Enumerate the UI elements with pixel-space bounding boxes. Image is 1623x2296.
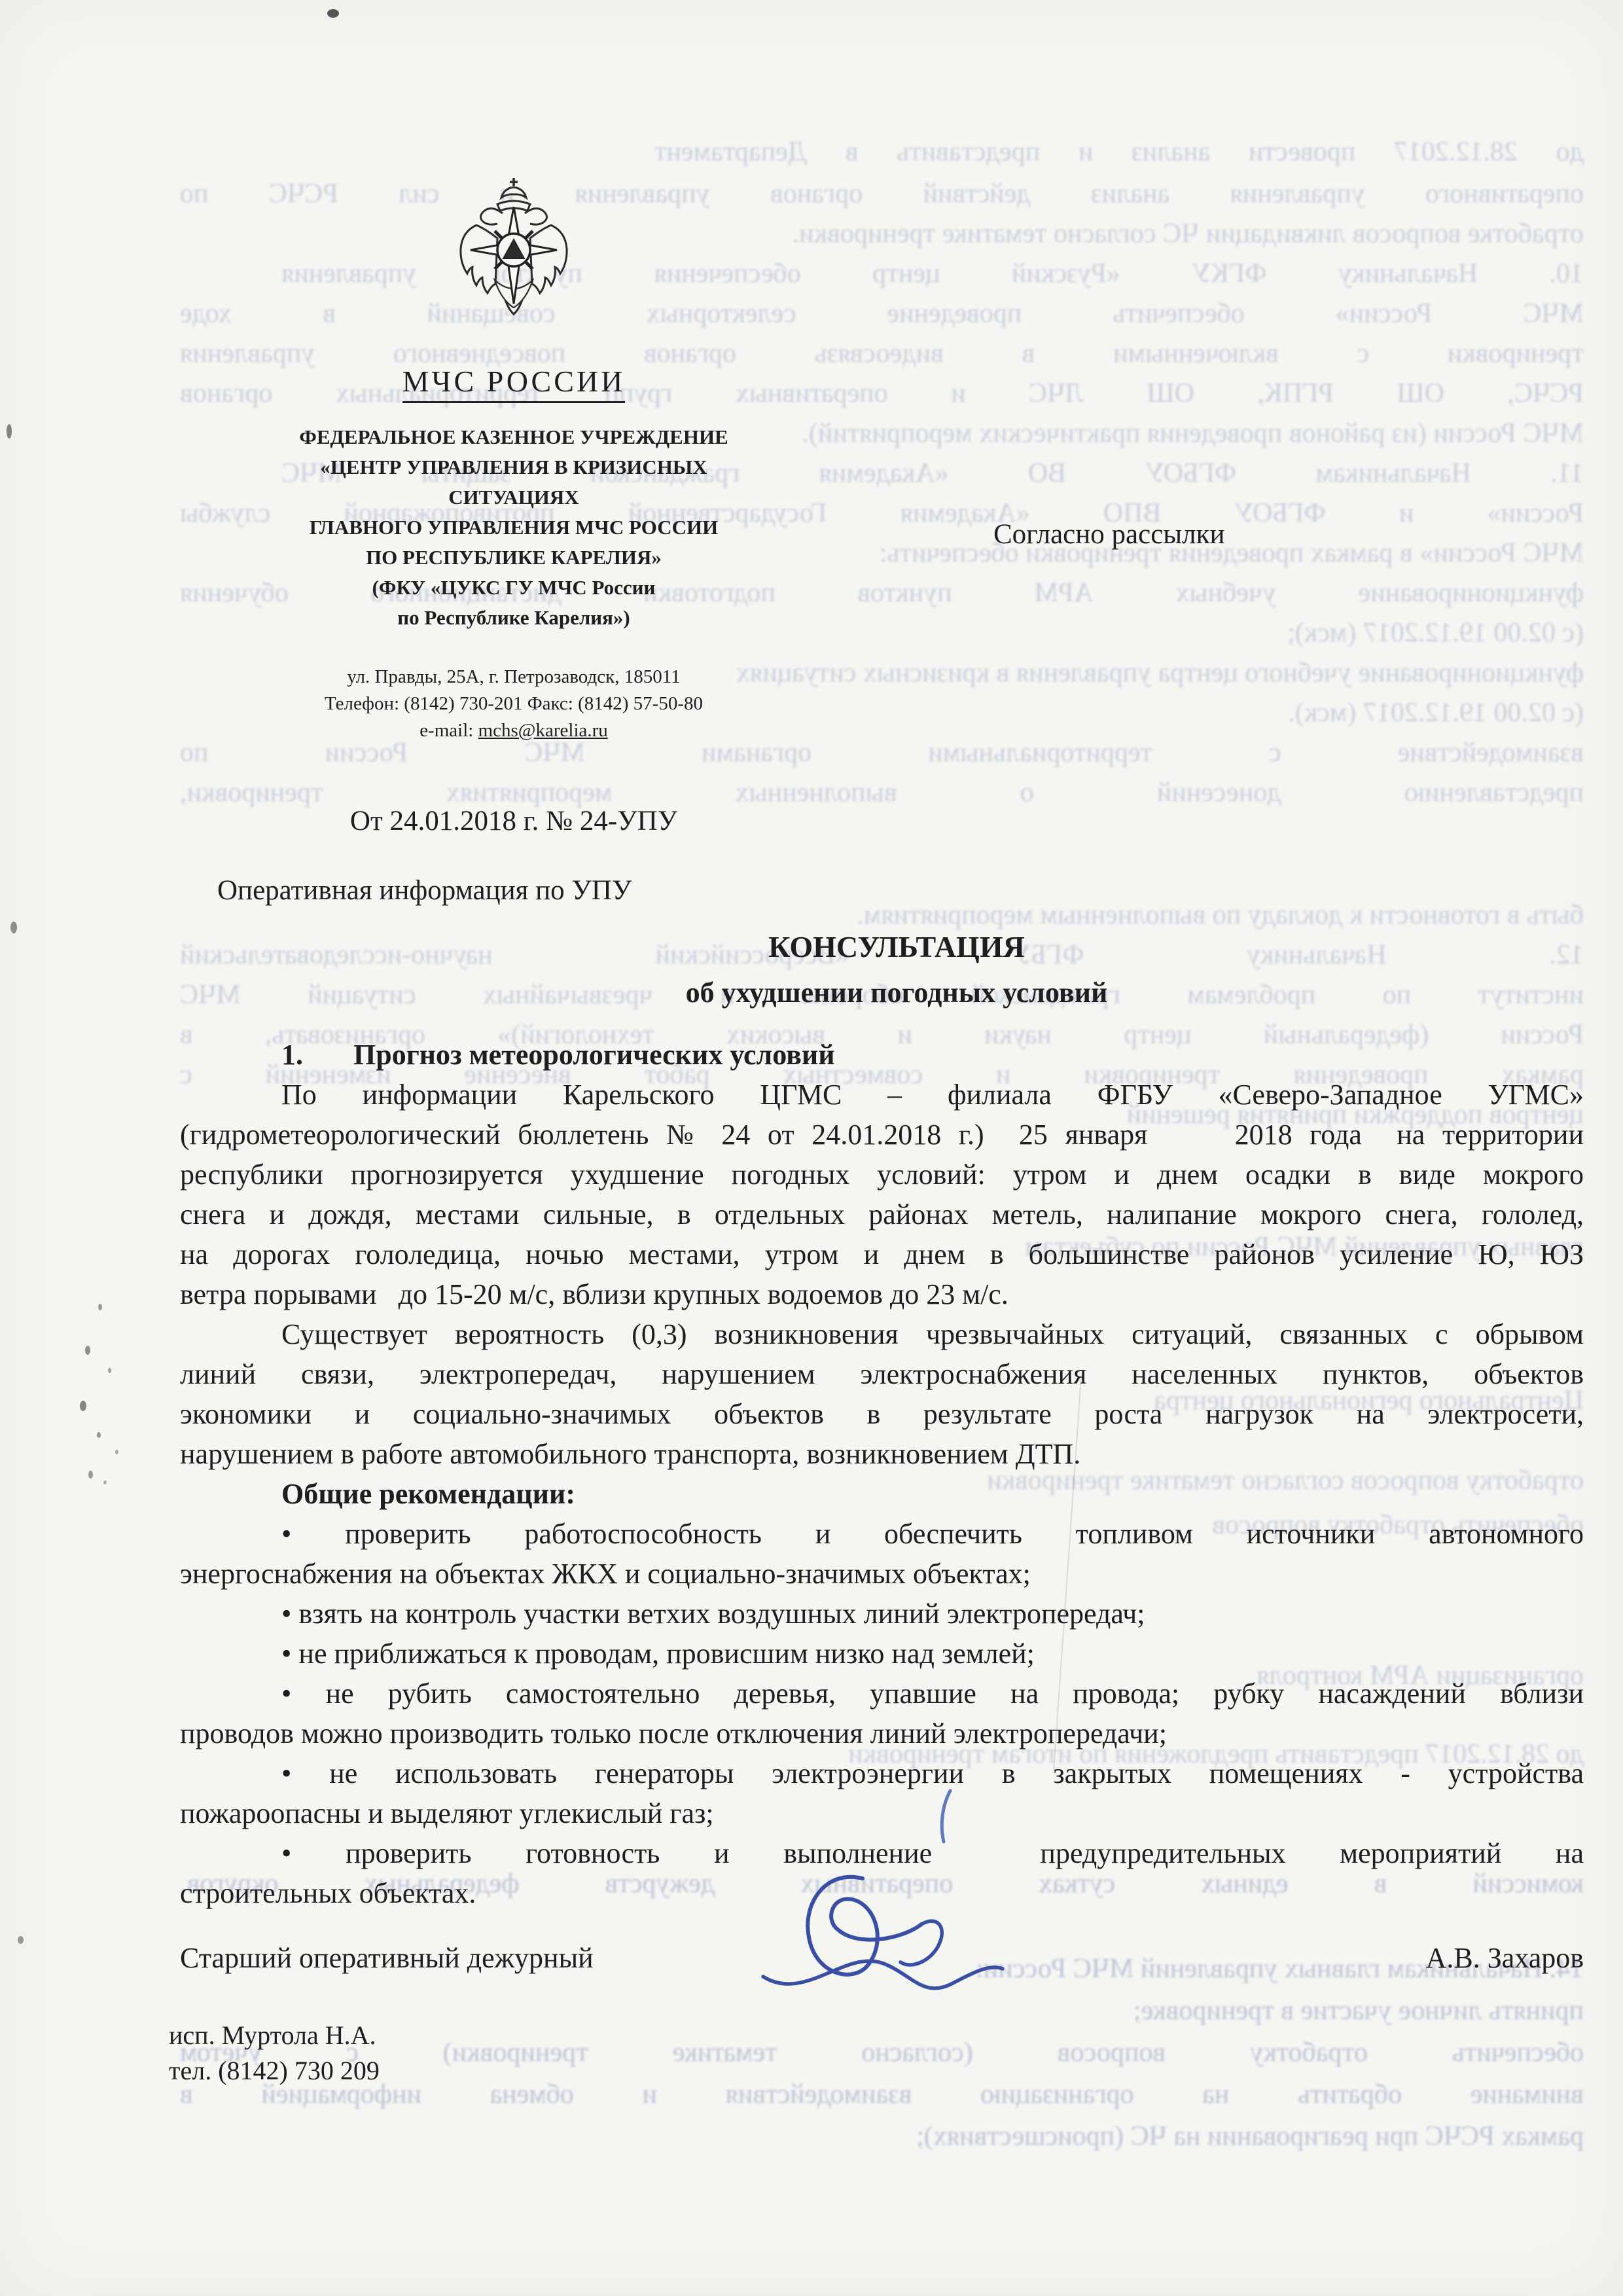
body-line: ветра порывами до 15-20 м/с, вблизи круп…	[180, 1274, 1584, 1314]
bleedthrough-line: МЧС России» обеспечить проведение селект…	[180, 296, 1584, 331]
signature-scribble-icon	[726, 1864, 1014, 2057]
org-title-line: (ФКУ «ЦУКС ГУ МЧС России	[249, 573, 779, 603]
scan-speck	[327, 9, 339, 18]
body-line: энергоснабжения на объектах ЖКХ и социал…	[180, 1554, 1584, 1594]
title-subheading: об ухудшении погодных условий	[524, 970, 1270, 1016]
body-line: • не приближаться к проводам, провисшим …	[180, 1634, 1584, 1674]
address-block: ул. Правды, 25А, г. Петрозаводск, 185011…	[249, 664, 779, 744]
scan-speck	[88, 1471, 93, 1479]
outgoing-number-line: От 24.01.2018 г. № 24-УПУ	[249, 805, 779, 837]
org-title-line: ФЕДЕРАЛЬНОЕ КАЗЕННОЕ УЧРЕЖДЕНИЕ	[249, 422, 779, 452]
scan-speck	[98, 1304, 102, 1310]
org-title-block: ФЕДЕРАЛЬНОЕ КАЗЕННОЕ УЧРЕЖДЕНИЕ«ЦЕНТР УП…	[249, 422, 779, 633]
scanned-letter-page: до 28.12.2017 провести анализ и представ…	[0, 0, 1623, 2296]
org-title-line: СИТУАЦИЯХ	[249, 482, 779, 512]
scan-speck	[115, 1450, 118, 1454]
email-line: e-mail: mchs@karelia.ru	[249, 717, 779, 744]
body-text: 1. Прогноз метеорологических условийПо и…	[180, 1035, 1584, 1913]
body-line: линий связи, электропередач, нарушением …	[180, 1354, 1584, 1394]
title-heading: КОНСУЛЬТАЦИЯ	[524, 924, 1270, 970]
body-line: нарушением в работе автомобильного транс…	[180, 1434, 1584, 1474]
body-line: снега и дождя, местами сильные, в отдель…	[180, 1194, 1584, 1234]
bleedthrough-line: оперативного управления анализ действий …	[180, 177, 1584, 211]
scan-speck	[97, 1432, 101, 1438]
mchs-emblem-icon	[457, 175, 571, 325]
body-heading-line: Общие рекомендации:	[180, 1474, 1584, 1514]
body-line: По информации Карельского ЦГМС – филиала…	[180, 1075, 1584, 1115]
signature-name: А.В. Захаров	[1322, 1941, 1584, 1975]
bleedthrough-line: отработке вопросов ликвидации ЧС согласн…	[180, 217, 1584, 251]
pen-mark-icon	[937, 1787, 954, 1849]
scan-speck	[7, 424, 12, 439]
executor-line: исп. Муртола Н.А.	[169, 2020, 376, 2051]
body-line: на дорогах гололедица, ночью местами, ут…	[180, 1234, 1584, 1274]
scan-speck	[10, 922, 17, 933]
org-title-line: по Республике Карелия»)	[249, 603, 779, 633]
body-line: республики прогнозируется ухудшение пого…	[180, 1155, 1584, 1194]
org-name: МЧС РОССИИ	[281, 364, 746, 399]
scan-speck	[103, 1480, 107, 1484]
scan-speck	[108, 1368, 111, 1373]
org-title-line: «ЦЕНТР УПРАВЛЕНИЯ В КРИЗИСНЫХ	[249, 452, 779, 482]
email-address: mchs@karelia.ru	[478, 720, 608, 741]
scan-speck	[18, 1936, 24, 1944]
signature-role: Старший оперативный дежурный	[180, 1941, 594, 1975]
body-line: (гидрометеорологический бюллетень № 24 о…	[180, 1115, 1584, 1155]
body-line: • проверить работоспособность и обеспечи…	[180, 1514, 1584, 1554]
body-line: экономики и социально-значимых объектов …	[180, 1394, 1584, 1434]
org-title-line: ПО РЕСПУБЛИКЕ КАРЕЛИЯ»	[249, 543, 779, 573]
scan-speck	[80, 1401, 86, 1411]
bleedthrough-line: внимание обратить на организацию взаимод…	[180, 2077, 1584, 2111]
bleedthrough-line: рамках РСЧС при реагировании на ЧС (прои…	[180, 2119, 1584, 2153]
body-line: • не использовать генераторы электроэнер…	[180, 1753, 1584, 1793]
body-line: • не рубить самостоятельно деревья, упав…	[180, 1674, 1584, 1713]
address-line: ул. Правды, 25А, г. Петрозаводск, 185011	[249, 664, 779, 691]
document-title: КОНСУЛЬТАЦИЯ об ухудшении погодных услов…	[524, 924, 1270, 1016]
executor-phone-line: тел. (8142) 730 209	[169, 2055, 380, 2086]
body-line: проводов можно производить только после …	[180, 1713, 1584, 1753]
body-line: пожароопасны и выделяют углекислый газ;	[180, 1793, 1584, 1833]
address-line: Телефон: (8142) 730-201 Факс: (8142) 57-…	[249, 691, 779, 717]
bleedthrough-line: до 28.12.2017 провести анализ и представ…	[654, 135, 1584, 169]
body-line: • взять на контроль участки ветхих возду…	[180, 1594, 1584, 1634]
body-heading-line: 1. Прогноз метеорологических условий	[180, 1035, 1584, 1075]
body-line: Существует вероятность (0,3) возникновен…	[180, 1314, 1584, 1354]
info-type-line: Оперативная информация по УПУ	[217, 874, 632, 906]
scan-speck	[85, 1346, 90, 1355]
org-title-line: ГЛАВНОГО УПРАВЛЕНИЯ МЧС РОССИИ	[249, 512, 779, 543]
addressee-note: Согласно рассылки	[993, 518, 1225, 550]
